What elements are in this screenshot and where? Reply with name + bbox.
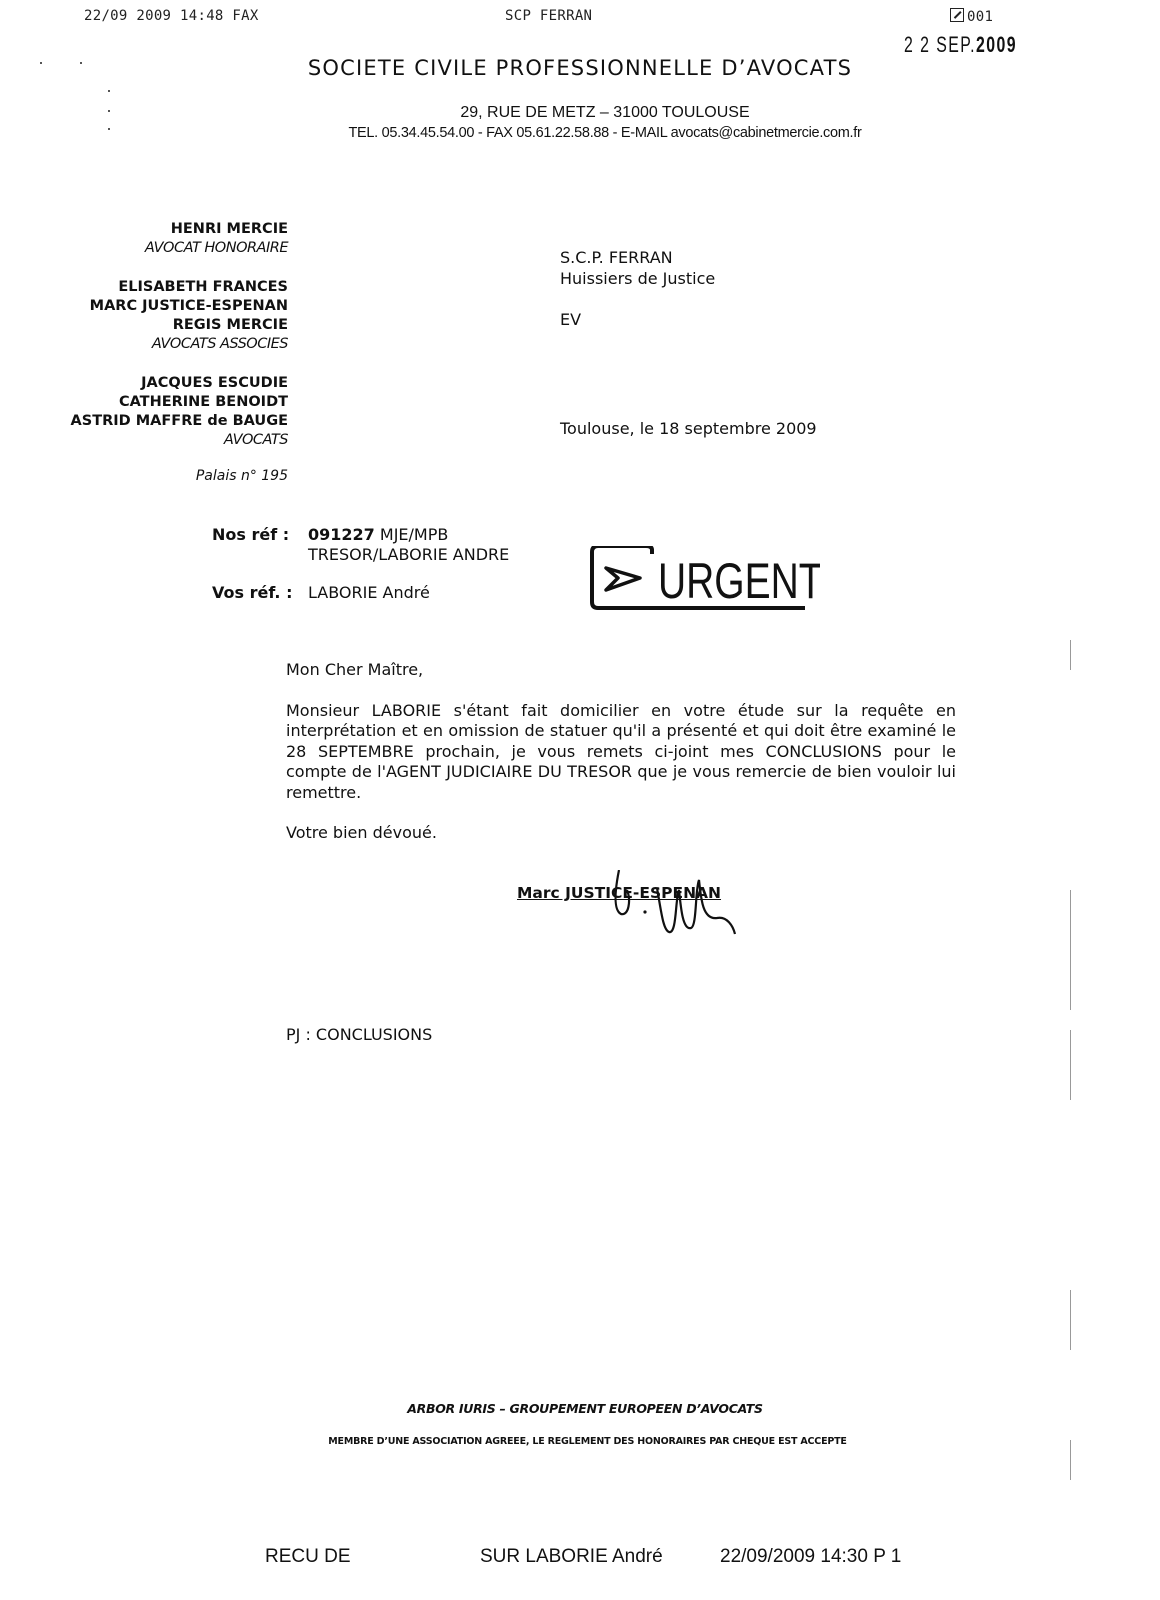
scan-line xyxy=(1070,1440,1071,1480)
scan-speck xyxy=(80,62,82,64)
firm-address: 29, RUE DE METZ – 31000 TOULOUSE xyxy=(0,104,1120,122)
firm-contact: TEL. 05.34.45.54.00 - FAX 05.61.22.58.88… xyxy=(0,125,1120,141)
recipient-title: Huissiers de Justice xyxy=(560,268,715,289)
footer-notice: MEMBRE D’UNE ASSOCIATION AGREEE, LE REGL… xyxy=(0,1436,1160,1447)
stamp-day: 2 2 xyxy=(904,32,930,57)
our-reference: Nos réf : 091227 MJE/MPB TRESOR/LABORIE … xyxy=(212,525,509,565)
receipt-to: SUR LABORIE André xyxy=(480,1546,663,1568)
partner-name: ELISABETH FRANCES xyxy=(71,278,288,297)
recipient-name: S.C.P. FERRAN xyxy=(560,247,715,268)
partner-name: CATHERINE BENOIDT xyxy=(71,393,288,412)
handwritten-signature-icon xyxy=(557,870,757,960)
your-reference-label: Vos réf. : xyxy=(212,583,308,603)
partner-role: AVOCATS ASSOCIES xyxy=(71,335,288,354)
closing: Votre bien dévoué. xyxy=(286,823,956,844)
fax-header-sender: SCP FERRAN xyxy=(505,8,592,24)
partner-name: REGIS MERCIE xyxy=(71,316,288,335)
recipient-block: S.C.P. FERRAN Huissiers de Justice EV xyxy=(560,247,715,330)
partner-role: AVOCAT HONORAIRE xyxy=(71,239,288,258)
letter-paragraph: Monsieur LABORIE s'étant fait domicilier… xyxy=(286,701,956,804)
stamp-year: 2009 xyxy=(976,32,1017,57)
receipt-from: RECU DE xyxy=(265,1546,351,1568)
palais-number: Palais n° 195 xyxy=(71,468,288,484)
scan-line xyxy=(1070,890,1071,1010)
partner-role: AVOCATS xyxy=(71,431,288,450)
your-reference-value: LABORIE André xyxy=(308,583,430,603)
our-reference-subject: TRESOR/LABORIE ANDRE xyxy=(308,545,509,565)
scan-line xyxy=(1070,1030,1071,1100)
references: Nos réf : 091227 MJE/MPB TRESOR/LABORIE … xyxy=(212,525,509,603)
partner-name: HENRI MERCIE xyxy=(71,220,288,239)
partners-list: HENRI MERCIE AVOCAT HONORAIRE ELISABETH … xyxy=(71,220,288,484)
letter-body: Mon Cher Maître, Monsieur LABORIE s'étan… xyxy=(286,660,956,844)
scan-speck xyxy=(108,128,110,130)
partner-name: JACQUES ESCUDIE xyxy=(71,374,288,393)
salutation: Mon Cher Maître, xyxy=(286,660,956,681)
partner-name: MARC JUSTICE-ESPENAN xyxy=(71,297,288,316)
fax-page-icon xyxy=(950,8,964,22)
scan-speck xyxy=(108,90,110,92)
partner-name: ASTRID MAFFRE de BAUGE xyxy=(71,412,288,431)
receipt-timestamp: 22/09/2009 14:30 P 1 xyxy=(720,1546,901,1568)
urgent-stamp: URGENT xyxy=(590,546,820,616)
signature-block: Marc JUSTICE-ESPENAN xyxy=(517,870,737,960)
stamp-month: SEP. xyxy=(936,32,976,57)
scan-line xyxy=(1070,1290,1071,1350)
scan-speck xyxy=(40,62,42,64)
place-date: Toulouse, le 18 septembre 2009 xyxy=(560,419,817,438)
urgent-label: URGENT xyxy=(658,552,820,609)
your-reference: Vos réf. : LABORIE André xyxy=(212,583,509,603)
our-reference-number: 091227 xyxy=(308,525,375,544)
received-date-stamp: 2 2 SEP.2009 xyxy=(904,32,1017,58)
footer-network: ARBOR IURIS – GROUPEMENT EUROPEEN D’AVOC… xyxy=(0,1401,1160,1416)
recipient-initials: EV xyxy=(560,309,715,330)
scan-speck xyxy=(108,110,110,112)
arrow-right-icon xyxy=(606,568,640,590)
scan-line xyxy=(1070,640,1071,670)
fax-header-page: 001 xyxy=(950,8,993,25)
enclosure: PJ : CONCLUSIONS xyxy=(286,1025,432,1044)
our-reference-code: MJE/MPB xyxy=(375,525,449,544)
fax-header-timestamp: 22/09 2009 14:48 FAX xyxy=(84,8,259,24)
fax-page-number: 001 xyxy=(967,9,993,25)
firm-name: SOCIETE CIVILE PROFESSIONNELLE D’AVOCATS xyxy=(0,56,1120,80)
our-reference-label: Nos réf : xyxy=(212,525,308,565)
